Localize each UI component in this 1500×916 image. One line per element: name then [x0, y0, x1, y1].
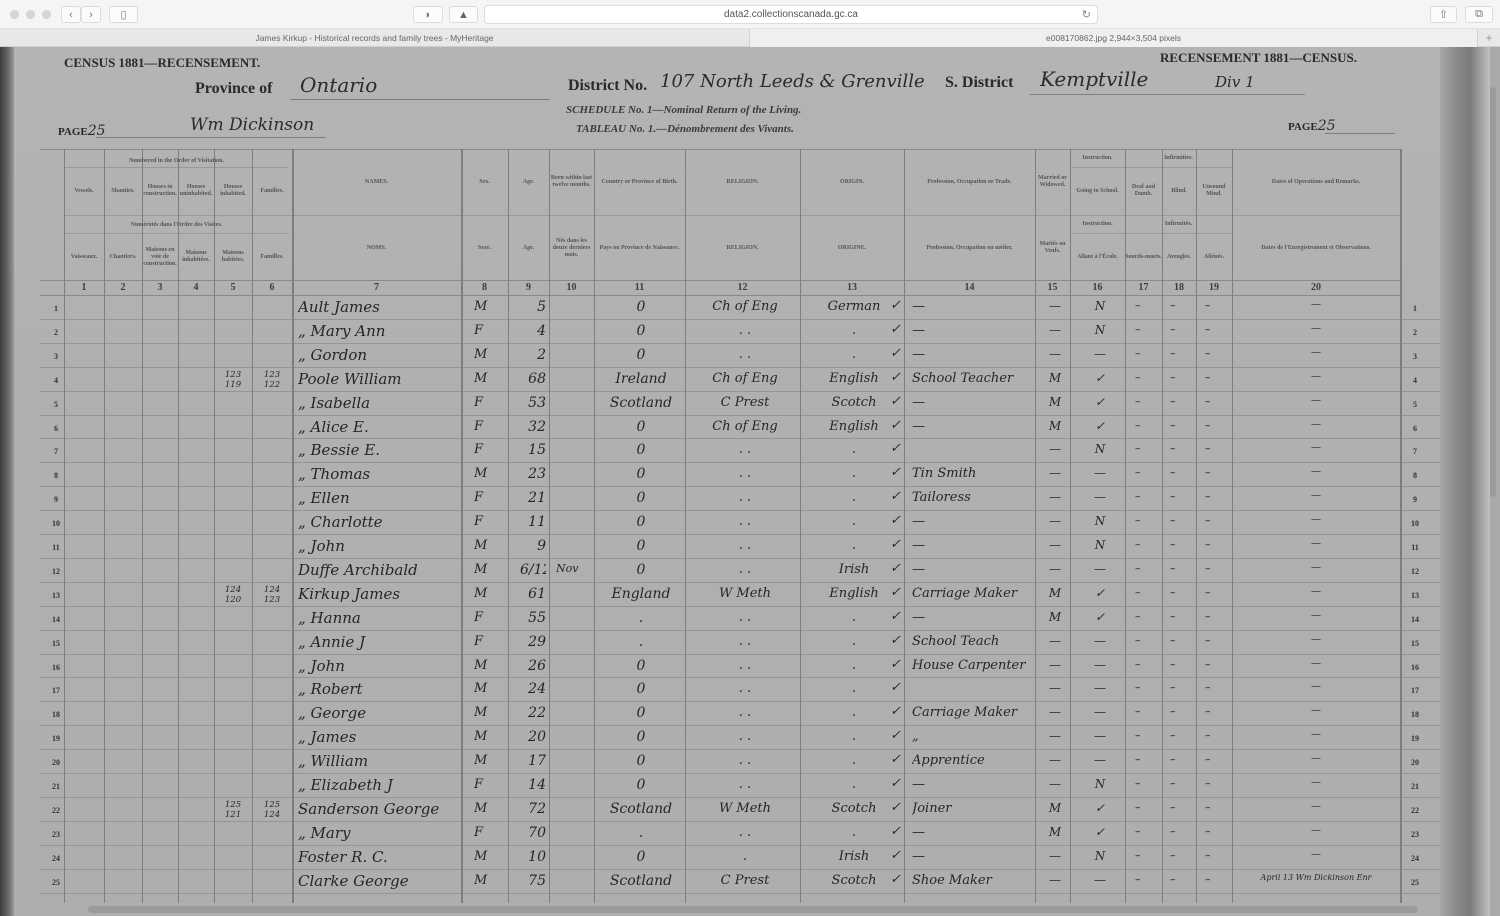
infirmity-dash: – [1170, 826, 1176, 837]
cell-name: „ John [298, 539, 463, 554]
cell-birth: 0 [598, 778, 684, 792]
schedule-title-fr: TABLEAU No. 1.—Dénombrement des Vivants. [576, 123, 794, 135]
share-button[interactable]: ⇧ [1430, 6, 1457, 23]
column-number: 16 [1070, 282, 1125, 293]
cell-name: „ Gordon [298, 348, 463, 363]
district-label: District No. [568, 77, 647, 95]
infirmity-dash: – [1170, 348, 1176, 359]
infirmity-dash: – [1170, 372, 1176, 383]
infirmity-dash: – [1170, 682, 1176, 693]
tab-overview-button[interactable]: ⧉ [1465, 6, 1493, 23]
column-header-16-en: Going to School. [1070, 169, 1125, 213]
cell-origin: Scotch [806, 874, 902, 887]
cell-school: — [1075, 467, 1125, 479]
row-number-right: 8 [1405, 471, 1425, 480]
cell-remarks: — [1232, 802, 1400, 812]
column-header-20-fr: Dates de l'Enregistrement et Observation… [1232, 217, 1400, 279]
cell-prof: — [912, 515, 1034, 528]
column-number: 6 [252, 282, 292, 293]
cell-name: „ Elizabeth J [298, 778, 463, 793]
infirmity-dash: – [1135, 491, 1141, 502]
cell-religion: . . [690, 778, 800, 791]
cell-birth: 0 [598, 730, 684, 744]
cell-remarks: — [1232, 324, 1400, 334]
checkmark: ✓ [890, 849, 901, 862]
cell-origin: . [806, 467, 902, 480]
row-number-right: 25 [1405, 878, 1425, 887]
horizontal-scrollbar[interactable] [88, 906, 1418, 913]
cell-origin: . [806, 659, 902, 672]
cell-school: — [1075, 491, 1125, 503]
infirmity-dash: – [1170, 754, 1176, 765]
column-header-5-fr: Maisons habitées. [214, 235, 252, 279]
cell-remarks: — [1232, 563, 1400, 573]
row-number-right: 19 [1405, 734, 1425, 743]
warning-button[interactable]: ▲ [449, 6, 478, 23]
cell-birth: 0 [598, 563, 684, 577]
cell-sex: F [474, 420, 504, 433]
cell-married: — [1040, 778, 1070, 790]
cell-remarks: — [1232, 587, 1400, 597]
column-header-14-fr: Profession, Occupation ou métier. [904, 217, 1035, 279]
cell-prof: — [912, 396, 1034, 409]
infirmity-dash: – [1135, 467, 1141, 478]
cell-remarks: — [1232, 396, 1400, 406]
row-number-left: 5 [46, 400, 66, 409]
infirmity-dash: – [1170, 706, 1176, 717]
cell-sex: M [474, 754, 504, 767]
cell-name: „ James [298, 730, 463, 745]
cell-married: M [1040, 587, 1070, 599]
cell-age: 6/12 [520, 563, 546, 577]
infirmity-dash: – [1170, 850, 1176, 861]
cell-birth: 0 [598, 420, 684, 434]
vertical-scrollbar[interactable] [1490, 87, 1496, 497]
cell-prof: — [912, 563, 1034, 576]
row-number-right: 17 [1405, 686, 1425, 695]
row-rule [40, 869, 1440, 870]
checkmark: ✓ [890, 347, 901, 360]
infirmity-dash: – [1170, 420, 1176, 431]
checkmark: ✓ [890, 562, 901, 575]
cell-age: 24 [520, 682, 546, 696]
cell-name: „ Robert [298, 682, 463, 697]
infirmity-dash: – [1205, 563, 1211, 574]
cell-name: Duffe Archibald [298, 563, 463, 578]
infirmity-dash: – [1135, 563, 1141, 574]
tab-myheritage[interactable]: James Kirkup - Historical records and fa… [0, 29, 750, 47]
cell-name: Kirkup James [298, 587, 463, 602]
infirmity-dash: – [1170, 539, 1176, 550]
column-header-10-fr: Nés dans les douze derniers mois. [549, 217, 594, 279]
column-header-5-en: Houses inhabited. [214, 169, 252, 213]
infirmity-dash: – [1205, 659, 1211, 670]
cell-sex: M [474, 539, 504, 552]
cell-religion: . . [690, 443, 800, 456]
infirmity-dash: – [1170, 467, 1176, 478]
checkmark: ✓ [890, 395, 901, 408]
cell-birth: Scotland [598, 802, 684, 816]
column-header-2-en: Shanties. [104, 169, 142, 213]
cell-sex: F [474, 324, 504, 337]
infirmity-dash: – [1135, 778, 1141, 789]
cell-religion: . . [690, 706, 800, 719]
cell-school: — [1075, 874, 1125, 886]
cell-origin: English [806, 372, 902, 385]
checkmark: ✓ [890, 490, 901, 503]
cell-name: „ Ellen [298, 491, 463, 506]
cell-origin: English [806, 420, 902, 433]
cell-remarks: — [1232, 539, 1400, 549]
cell-religion: . . [690, 563, 800, 576]
cell-birth: Scotland [598, 396, 684, 410]
row-rule [40, 797, 1440, 798]
column-header-19-en: Unsound Mind. [1196, 169, 1232, 213]
new-tab-button[interactable]: + [1478, 29, 1500, 47]
infirmity-dash: – [1205, 443, 1211, 454]
infirmity-dash: – [1135, 611, 1141, 622]
row-number-left: 25 [46, 878, 66, 887]
checkmark: ✓ [890, 825, 901, 838]
infirmity-dash: – [1135, 802, 1141, 813]
sidebar-toggle-button[interactable]: ▯ [109, 6, 138, 23]
reload-icon[interactable]: ↻ [1082, 8, 1091, 21]
tab-bar: James Kirkup - Historical records and fa… [0, 29, 1500, 47]
column-header-3-fr: Maisons en voie de construction. [142, 235, 178, 279]
cell-sex: M [474, 348, 504, 361]
cell-birth: 0 [598, 539, 684, 553]
cell-origin: . [806, 443, 902, 456]
cell-religion: . . [690, 754, 800, 767]
cell-remarks: — [1232, 443, 1400, 453]
row-number-right: 6 [1405, 424, 1425, 433]
cell-name: „ Isabella [298, 396, 463, 411]
minimize-window-button[interactable] [26, 10, 35, 19]
infirmity-dash: – [1170, 443, 1176, 454]
cell-prof: Tin Smith [912, 467, 1034, 480]
cell-name: „ John [298, 659, 463, 674]
cell-remarks: — [1232, 515, 1400, 525]
cell-religion: . . [690, 324, 800, 337]
cell-school: — [1075, 563, 1125, 575]
cell-school: ✓ [1075, 826, 1125, 838]
cell-remarks: — [1232, 850, 1400, 860]
infirmity-dash: – [1205, 324, 1211, 335]
infirmity-dash: – [1170, 635, 1176, 646]
infirmity-dash: – [1135, 826, 1141, 837]
cell-religion: W Meth [690, 587, 800, 600]
column-header-18-fr: Aveugles. [1162, 235, 1196, 279]
checkmark: ✓ [890, 419, 901, 432]
row-rule [40, 677, 1440, 678]
cell-birth: 0 [598, 754, 684, 768]
checkmark: ✓ [890, 753, 901, 766]
column-header-20-en: Dates of Operations and Remarks. [1232, 151, 1400, 213]
cell-married: — [1040, 324, 1070, 336]
cell-religion: . . [690, 659, 800, 672]
column-header-19-fr: Aliénés. [1196, 235, 1232, 279]
cell-name: Clarke George [298, 874, 463, 889]
cell-married: M [1040, 611, 1070, 623]
row-rule [40, 606, 1440, 607]
infirmity-dash: – [1205, 635, 1211, 646]
column-header-11-en: Country or Province of Birth. [594, 151, 685, 213]
cell-origin: . [806, 826, 902, 839]
cell-birth: 0 [598, 491, 684, 505]
cell-religion: Ch of Eng [690, 300, 800, 313]
cell-remarks: April 13 Wm Dickinson Enr [1232, 874, 1400, 882]
cell-sex: M [474, 659, 504, 672]
cell-origin: . [806, 515, 902, 528]
cell-origin: . [806, 348, 902, 361]
column-header-8-fr: Sexe. [461, 217, 508, 279]
cell-birth: 0 [598, 443, 684, 457]
cell-name: „ William [298, 754, 463, 769]
cell-prof: — [912, 778, 1034, 791]
chevron-right-icon: › [89, 9, 93, 21]
cell-birth: Scotland [598, 874, 684, 888]
cell-age: 68 [520, 372, 546, 386]
infirmity-dash: – [1170, 778, 1176, 789]
cell-age: 23 [520, 467, 546, 481]
cell-religion: W Meth [690, 802, 800, 815]
row-rule [40, 582, 1440, 583]
row-number-left: 20 [46, 758, 66, 767]
cell-name: Poole William [298, 372, 463, 387]
column-number: 8 [461, 282, 508, 293]
cell-religion: . . [690, 682, 800, 695]
back-button[interactable]: ‹ [61, 6, 81, 23]
row-number-left: 10 [46, 519, 66, 528]
infirmity-dash: – [1135, 372, 1141, 383]
cell-married: M [1040, 396, 1070, 408]
forward-button[interactable]: › [81, 6, 101, 23]
province-label: Province of [195, 80, 272, 98]
row-number-right: 13 [1405, 591, 1425, 600]
column-number: 2 [104, 282, 142, 293]
cell-school: N [1075, 539, 1125, 551]
cell-married: — [1040, 635, 1070, 647]
infirmity-dash: – [1205, 587, 1211, 598]
schedule-title-en: SCHEDULE No. 1—Nominal Return of the Liv… [566, 104, 801, 116]
cell-sex: F [474, 611, 504, 624]
tab-census-image[interactable]: e008170862.jpg 2,944×3,504 pixels [750, 29, 1478, 47]
infirmity-dash: – [1135, 730, 1141, 741]
page-underline-right [1325, 133, 1395, 134]
row-number-left: 18 [46, 710, 66, 719]
cell-prof: Carriage Maker [912, 706, 1034, 719]
cell-remarks: — [1232, 635, 1400, 645]
column-header-4-en: Houses uninhabited. [178, 169, 214, 213]
row-rule [40, 534, 1440, 535]
cell-prof: Carriage Maker [912, 587, 1034, 600]
row-number-left: 14 [46, 615, 66, 624]
cell-age: 20 [520, 730, 546, 744]
checkmark: ✓ [890, 705, 901, 718]
checkmark: ✓ [890, 873, 901, 886]
checkmark: ✓ [890, 634, 901, 647]
cell-religion: . [690, 850, 800, 863]
cell-name: „ Thomas [298, 467, 463, 482]
cell-origin: . [806, 539, 902, 552]
cell-school: — [1075, 706, 1125, 718]
cell-school: — [1075, 682, 1125, 694]
column-header-7-fr: NOMS. [292, 217, 461, 279]
cell-origin: English [806, 587, 902, 600]
province-value: Ontario [300, 73, 377, 97]
column-number: 5 [214, 282, 252, 293]
row-number-left: 7 [46, 447, 66, 456]
cell-name: „ Mary [298, 826, 463, 841]
column-number: 1 [64, 282, 104, 293]
cell-school: — [1075, 659, 1125, 671]
infirmity-dash: – [1135, 706, 1141, 717]
close-window-button[interactable] [10, 10, 19, 19]
row-rule [40, 319, 1440, 320]
cell-religion: . . [690, 635, 800, 648]
column-number: 17 [1125, 282, 1162, 293]
infirmity-dash: – [1135, 587, 1141, 598]
cell-remarks: — [1232, 467, 1400, 477]
cell-sex: M [474, 372, 504, 385]
infirmity-dash: – [1135, 324, 1141, 335]
infirmity-dash: – [1135, 659, 1141, 670]
zoom-window-button[interactable] [42, 10, 51, 19]
cell-prof: — [912, 324, 1034, 337]
cell-origin: . [806, 778, 902, 791]
cell-school: ✓ [1075, 372, 1125, 384]
infirmity-dash: – [1170, 587, 1176, 598]
cell-origin: . [806, 682, 902, 695]
row-number-left: 15 [46, 639, 66, 648]
tab-title: James Kirkup - Historical records and fa… [255, 33, 493, 43]
header-group-rule [64, 167, 289, 168]
cell-sex: F [474, 396, 504, 409]
cell-age: 5 [520, 300, 546, 314]
cell-prof: Apprentice [912, 754, 1034, 767]
row-number-right: 23 [1405, 830, 1425, 839]
infirmity-dash: – [1135, 754, 1141, 765]
checkmark: ✓ [890, 777, 901, 790]
cell-school: ✓ [1075, 420, 1125, 432]
cell-age: 10 [520, 850, 546, 864]
cell-school: — [1075, 754, 1125, 766]
column-header-13-en: ORIGIN. [800, 151, 904, 213]
cell-married: — [1040, 659, 1070, 671]
row-rule [40, 845, 1440, 846]
census-title-left: CENSUS 1881—RECENSEMENT. [64, 55, 260, 71]
cell-married: — [1040, 515, 1070, 527]
column-header-17-en: Deaf and Dumb. [1125, 169, 1162, 213]
district-value: 107 North Leeds & Grenville [660, 71, 925, 92]
infirmity-dash: – [1205, 778, 1211, 789]
checkmark: ✓ [890, 442, 901, 455]
cell-school: ✓ [1075, 611, 1125, 623]
header-divider [64, 215, 1400, 216]
column-header-16-fr: Allant à l'École. [1070, 235, 1125, 279]
infirmity-dash: – [1205, 754, 1211, 765]
infirmity-dash: – [1205, 491, 1211, 502]
column-header-12-en: RELIGION. [685, 151, 800, 213]
cell-remarks: — [1232, 778, 1400, 788]
cell-origin: . [806, 324, 902, 337]
checkmark: ✓ [890, 466, 901, 479]
infirmity-dash: – [1205, 348, 1211, 359]
row-number-right: 21 [1405, 782, 1425, 791]
column-number: 12 [685, 282, 800, 293]
cell-birth: 0 [598, 348, 684, 362]
column-header-9-en: Age. [508, 151, 549, 213]
row-rule [40, 654, 1440, 655]
cell-origin: . [806, 491, 902, 504]
url-text: data2.collectionscanada.gc.ca [724, 9, 858, 20]
row-rule [40, 486, 1440, 487]
cell-remarks: — [1232, 826, 1400, 836]
infirmity-dash: – [1205, 826, 1211, 837]
cell-c5: 125 121 [214, 800, 252, 820]
cell-sex: M [474, 802, 504, 815]
chevron-left-icon: ‹ [69, 9, 73, 21]
infirmity-dash: – [1170, 659, 1176, 670]
column-rule [1400, 149, 1402, 903]
row-rule [40, 391, 1440, 392]
cell-prof: — [912, 420, 1034, 433]
cell-origin: . [806, 706, 902, 719]
address-bar[interactable]: data2.collectionscanada.gc.ca ↻ [484, 5, 1098, 24]
extension-button[interactable]: ◗ [413, 6, 443, 23]
column-header-2-fr: Chantiers. [104, 235, 142, 279]
cell-name: Ault James [298, 300, 463, 315]
cell-prof: — [912, 348, 1034, 361]
column-header-4-fr: Maisons inhabitées. [178, 235, 214, 279]
cell-name: „ Hanna [298, 611, 463, 626]
infirmity-dash: – [1205, 730, 1211, 741]
row-number-right: 9 [1405, 495, 1425, 504]
cell-c5: 124 120 [214, 585, 252, 605]
cell-name: „ Annie J [298, 635, 463, 650]
cell-school: N [1075, 300, 1125, 312]
cell-remarks: — [1232, 730, 1400, 740]
infirmity-dash: – [1205, 396, 1211, 407]
cell-name: Foster R. C. [298, 850, 463, 865]
cell-remarks: — [1232, 348, 1400, 358]
row-rule [40, 893, 1440, 894]
row-rule [40, 773, 1440, 774]
row-rule [40, 367, 1440, 368]
cell-origin: Irish [806, 850, 902, 863]
infirmity-dash: – [1170, 611, 1176, 622]
cell-remarks: — [1232, 706, 1400, 716]
infirmity-dash: – [1205, 467, 1211, 478]
cell-religion: Ch of Eng [690, 372, 800, 385]
cell-birth: 0 [598, 850, 684, 864]
cell-religion: C Prest [690, 874, 800, 887]
census-page: CENSUS 1881—RECENSEMENT. RECENSEMENT 188… [0, 47, 1490, 916]
cell-age: 70 [520, 826, 546, 840]
cell-married: — [1040, 467, 1070, 479]
cell-school: — [1075, 348, 1125, 360]
image-viewport[interactable]: CENSUS 1881—RECENSEMENT. RECENSEMENT 188… [0, 47, 1500, 916]
cell-married: — [1040, 706, 1070, 718]
cell-religion: C Prest [690, 396, 800, 409]
page-right-edge [1440, 47, 1490, 916]
cell-sex: F [474, 826, 504, 839]
cell-married: — [1040, 874, 1070, 886]
row-number-left: 17 [46, 686, 66, 695]
row-number-left: 22 [46, 806, 66, 815]
column-header-13-fr: ORIGINE. [800, 217, 904, 279]
cell-married: M [1040, 420, 1070, 432]
